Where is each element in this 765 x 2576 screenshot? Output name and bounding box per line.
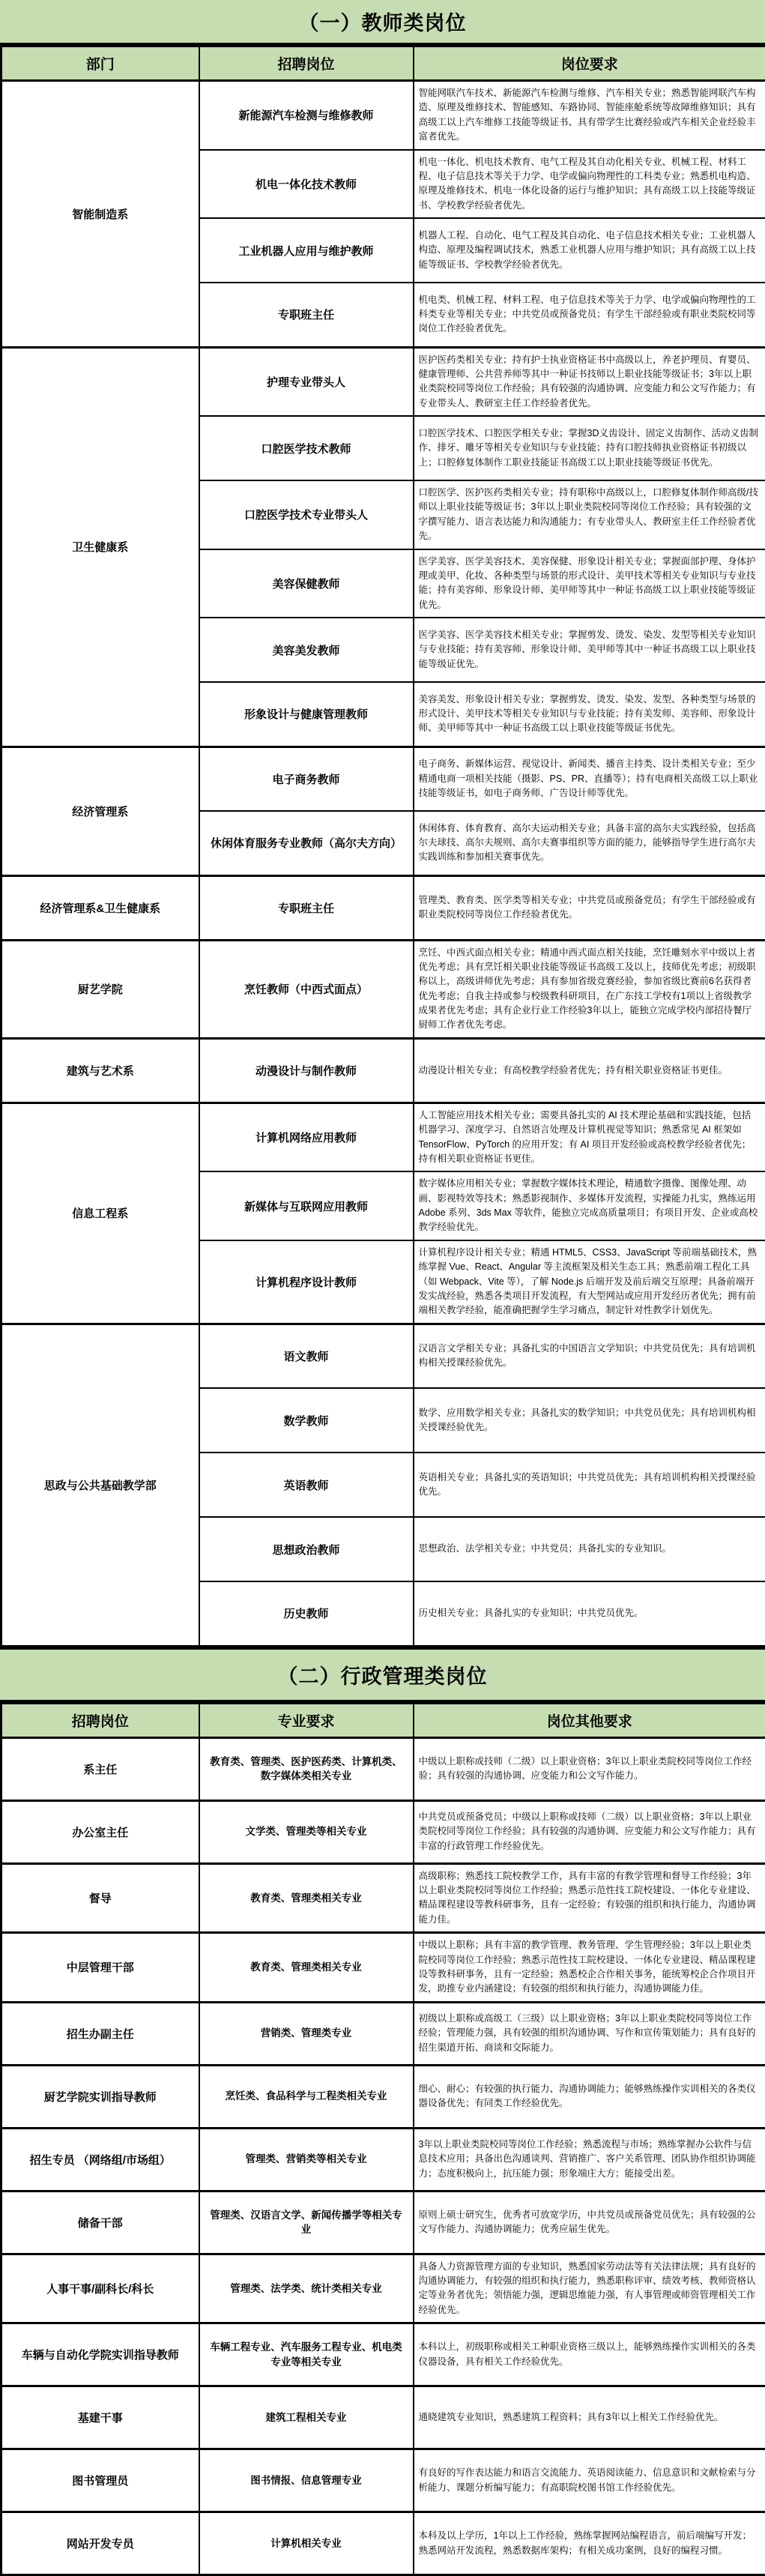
position-cell: 口腔医学技术教师 [199, 416, 414, 480]
requirement-cell: 美容美发、形象设计相关专业；掌握剪发、烫发、染发、发型、各种类型与场景的形式设计… [414, 682, 765, 746]
major-requirement-cell: 建筑工程相关专业 [199, 2386, 414, 2449]
major-requirement-cell: 教育类、管理类相关专业 [199, 1933, 414, 2003]
requirement-cell: 电子商务、新媒体运营、视觉设计、新闻类、播音主持类、设计类相关专业；至少精通电商… [414, 746, 765, 811]
requirement-cell: 数字媒体应用相关专业；掌握数字媒体技术理论，精通数字摄像、图像处理、动画、影视特… [414, 1171, 765, 1240]
requirement-cell: 思想政治、法学相关专业；中共党员；具备扎实的专业知识。 [414, 1517, 765, 1581]
department-cell: 思政与公共基础教学部 [1, 1324, 199, 1646]
table-row: 督导教育类、管理类相关专业高级职称；熟悉技工院校教学工作，具有丰富的有教学管理和… [1, 1863, 765, 1933]
major-requirement-cell: 车辆工程专业、汽车服务工程专业、机电类专业等相关专业 [199, 2323, 414, 2386]
table-row: 招生专员 （网络组/市场组）管理类、营销类等相关专业3年以上职业类院校同等岗位工… [1, 2128, 765, 2191]
position-cell: 计算机程序设计教师 [199, 1240, 414, 1324]
position-cell: 美容美发教师 [199, 618, 414, 682]
table-row: 厨艺学院实训指导教师烹饪类、食品科学与工程类相关专业细心、耐心；有较强的执行能力… [1, 2065, 765, 2128]
table-row: 基建干事建筑工程相关专业通晓建筑专业知识，熟悉建筑工程资料；具有3年以上相关工作… [1, 2386, 765, 2449]
department-cell: 智能制造系 [1, 81, 199, 348]
position-cell: 招生办副主任 [1, 2002, 199, 2065]
other-requirement-cell: 高级职称；熟悉技工院校教学工作，具有丰富的有教学管理和督导工作经验；3年以上职业… [414, 1863, 765, 1933]
position-cell: 机电一体化技术教师 [199, 150, 414, 219]
major-requirement-cell: 教育类、管理类相关专业 [199, 1863, 414, 1933]
department-cell: 经济管理系&卫生健康系 [1, 875, 199, 940]
requirement-cell: 数学、应用数学相关专业；具备扎实的数学知识；中共党员优先；具有培训机构相关授课经… [414, 1388, 765, 1453]
requirement-cell: 口腔医学技术、口腔医学相关专业；掌握3D义齿设计、固定义齿制作、活动义齿制作、排… [414, 416, 765, 480]
requirement-cell: 机电一体化、机电技术教育、电气工程及其自动化相关专业、机械工程、材料工程、电子信… [414, 150, 765, 219]
position-cell: 厨艺学院实训指导教师 [1, 2065, 199, 2128]
requirement-cell: 烹饪、中西式面点相关专业；精通中西式面点相关技能，烹饪雕刻水平中级以上者优先考虑… [414, 940, 765, 1038]
requirement-cell: 口腔医学、医护医药类相关专业；持有职称中高级以上，口腔修复体制作师高级/技师以上… [414, 480, 765, 549]
teacher-positions-table: 部门招聘岗位岗位要求智能制造系新能源汽车检测与维修教师智能网联汽车技术、新能源汽… [0, 45, 765, 1647]
requirement-cell: 医学美容、医学美容技术、美容保健、形象设计相关专业；掌握面部护理、身体护理或美甲… [414, 549, 765, 618]
table-row: 车辆与自动化学院实训指导教师车辆工程专业、汽车服务工程专业、机电类专业等相关专业… [1, 2323, 765, 2386]
position-cell: 烹饪教师（中西式面点） [199, 940, 414, 1038]
admin-positions-table: 招聘岗位专业要求岗位其他要求系主任教育类、管理类、医护医药类、计算机类、数字媒体… [0, 1702, 765, 2576]
position-cell: 中层管理干部 [1, 1933, 199, 2003]
requirement-cell: 休闲体育、体育教育、高尔夫运动相关专业；具备丰富的高尔夫实践经验，包括高尔夫球技… [414, 811, 765, 875]
column-header: 岗位要求 [414, 46, 765, 81]
position-cell: 专职班主任 [199, 283, 414, 347]
table-row: 人事干事/副科长/科长管理类、法学类、统计类相关专业具备人力资源管理方面的专业知… [1, 2254, 765, 2323]
major-requirement-cell: 管理类、汉语言文学、新闻传播学等相关专业 [199, 2191, 414, 2254]
position-cell: 计算机网络应用教师 [199, 1103, 414, 1171]
requirement-cell: 机器人工程、自动化、电气工程及其自动化、电子信息技术相关专业；工业机器人构造、原… [414, 218, 765, 283]
position-cell: 工业机器人应用与维护教师 [199, 218, 414, 283]
position-cell: 网站开发专员 [1, 2512, 199, 2575]
table-row: 经济管理系电子商务教师电子商务、新媒体运营、视觉设计、新闻类、播音主持类、设计类… [1, 746, 765, 811]
position-cell: 历史教师 [199, 1581, 414, 1646]
table-row: 智能制造系新能源汽车检测与维修教师智能网联汽车技术、新能源汽车检测与维修、汽车相… [1, 81, 765, 150]
major-requirement-cell: 教育类、管理类、医护医药类、计算机类、数字媒体类相关专业 [199, 1737, 414, 1800]
position-cell: 动漫设计与制作教师 [199, 1038, 414, 1103]
position-cell: 图书管理员 [1, 2449, 199, 2512]
position-cell: 招生专员 （网络组/市场组） [1, 2128, 199, 2191]
table-row: 图书管理员图书情报、信息管理专业有良好的写作表达能力和语言交流能力、英语阅读能力… [1, 2449, 765, 2512]
requirement-cell: 机电类、机械工程、材料工程、电子信息技术等关于力学、电学或偏向物理性的工科类专业… [414, 283, 765, 347]
column-header: 岗位其他要求 [414, 1703, 765, 1737]
position-cell: 专职班主任 [199, 875, 414, 940]
requirement-cell: 动漫设计相关专业；有高校教学经验者优先；持有相关职业资格证书更佳。 [414, 1038, 765, 1103]
table-row: 思政与公共基础教学部语文教师汉语言文学相关专业；具备扎实的中国语言文学知识；中共… [1, 1324, 765, 1388]
header-row: 部门招聘岗位岗位要求 [1, 46, 765, 81]
column-header: 部门 [1, 46, 199, 81]
column-header: 招聘岗位 [1, 1703, 199, 1737]
position-cell: 数学教师 [199, 1388, 414, 1453]
table-row: 建筑与艺术系动漫设计与制作教师动漫设计相关专业；有高校教学经验者优先；持有相关职… [1, 1038, 765, 1103]
position-cell: 形象设计与健康管理教师 [199, 682, 414, 746]
table-row: 系主任教育类、管理类、医护医药类、计算机类、数字媒体类相关专业中级以上职称或技师… [1, 1737, 765, 1800]
major-requirement-cell: 图书情报、信息管理专业 [199, 2449, 414, 2512]
position-cell: 基建干事 [1, 2386, 199, 2449]
position-cell: 新能源汽车检测与维修教师 [199, 81, 414, 150]
other-requirement-cell: 原则上硕士研究生，优秀者可放宽学历，中共党员或预备党员优先；具有较强的公文写作能… [414, 2191, 765, 2254]
position-cell: 电子商务教师 [199, 746, 414, 811]
position-cell: 车辆与自动化学院实训指导教师 [1, 2323, 199, 2386]
requirement-cell: 管理类、教育类、医学类等相关专业；中共党员或预备党员；有学生干部经验或有职业类院… [414, 875, 765, 940]
position-cell: 人事干事/副科长/科长 [1, 2254, 199, 2323]
table-row: 储备干部管理类、汉语言文学、新闻传播学等相关专业原则上硕士研究生，优秀者可放宽学… [1, 2191, 765, 2254]
department-cell: 厨艺学院 [1, 940, 199, 1038]
other-requirement-cell: 通晓建筑专业知识，熟悉建筑工程资料；具有3年以上相关工作经验优先。 [414, 2386, 765, 2449]
position-cell: 新媒体与互联网应用教师 [199, 1171, 414, 1240]
position-cell: 语文教师 [199, 1324, 414, 1388]
department-cell: 经济管理系 [1, 746, 199, 875]
other-requirement-cell: 本科以上，初级职称或相关工种职业资格三级以上，能够熟练操作实训相关的各类仪器设备… [414, 2323, 765, 2386]
major-requirement-cell: 烹饪类、食品科学与工程类相关专业 [199, 2065, 414, 2128]
other-requirement-cell: 3年以上职业类院校同等岗位工作经验；熟悉流程与市场；熟练掌握办公软件与信息技术应… [414, 2128, 765, 2191]
table-row: 信息工程系计算机网络应用教师人工智能应用技术相关专业；需要具备扎实的 AI 技术… [1, 1103, 765, 1171]
other-requirement-cell: 有良好的写作表达能力和语言交流能力、英语阅读能力、信息意识和文献检索与分析能力、… [414, 2449, 765, 2512]
position-cell: 护理专业带头人 [199, 347, 414, 416]
table-row: 卫生健康系护理专业带头人医护医药类相关专业；持有护士执业资格证书中高级以上，养老… [1, 347, 765, 416]
table-row: 办公室主任文学类、管理类等相关专业中共党员或预备党员；中级以上职称或技师（二级）… [1, 1800, 765, 1863]
section-title-teacher-positions: （一）教师类岗位 [0, 0, 765, 45]
table-row: 中层管理干部教育类、管理类相关专业中级以上职称；具有丰富的教学管理、教务管理、学… [1, 1933, 765, 2003]
table-row: 经济管理系&卫生健康系专职班主任管理类、教育类、医学类等相关专业；中共党员或预备… [1, 875, 765, 940]
department-cell: 信息工程系 [1, 1103, 199, 1324]
section-title-admin-positions: （二）行政管理类岗位 [0, 1647, 765, 1702]
other-requirement-cell: 中共党员或预备党员；中级以上职称或技师（二级）以上职业资格；3年以上职业类院校同… [414, 1800, 765, 1863]
major-requirement-cell: 管理类、营销类等相关专业 [199, 2128, 414, 2191]
major-requirement-cell: 文学类、管理类等相关专业 [199, 1800, 414, 1863]
other-requirement-cell: 本科及以上学历，1年以上工作经验，熟练掌握网站编程语言，前后端编写开发；熟悉网站… [414, 2512, 765, 2575]
position-cell: 系主任 [1, 1737, 199, 1800]
other-requirement-cell: 中级以上职称或技师（二级）以上职业资格；3年以上职业类院校同等岗位工作经验；具有… [414, 1737, 765, 1800]
department-cell: 卫生健康系 [1, 347, 199, 746]
position-cell: 休闲体育服务专业教师（高尔夫方向） [199, 811, 414, 875]
position-cell: 督导 [1, 1863, 199, 1933]
position-cell: 储备干部 [1, 2191, 199, 2254]
requirement-cell: 人工智能应用技术相关专业；需要具备扎实的 AI 技术理论基础和实践技能，包括机器… [414, 1103, 765, 1171]
requirement-cell: 智能网联汽车技术、新能源汽车检测与维修、汽车相关专业；熟悉智能网联汽车构造、原理… [414, 81, 765, 150]
table-row: 招生办副主任营销类、管理类专业初级以上职称或高级工（三级）以上职业资格；3年以上… [1, 2002, 765, 2065]
other-requirement-cell: 细心、耐心；有较强的执行能力、沟通协调能力；能够熟练操作实训相关的各类仪器设备优… [414, 2065, 765, 2128]
table-row: 厨艺学院烹饪教师（中西式面点）烹饪、中西式面点相关专业；精通中西式面点相关技能，… [1, 940, 765, 1038]
requirement-cell: 汉语言文学相关专业；具备扎实的中国语言文学知识；中共党员优先；具有培训机构相关授… [414, 1324, 765, 1388]
table-row: 网站开发专员计算机相关专业本科及以上学历，1年以上工作经验，熟练掌握网站编程语言… [1, 2512, 765, 2575]
requirement-cell: 英语相关专业；具备扎实的英语知识；中共党员优先；具有培训机构相关授课经验优先。 [414, 1453, 765, 1517]
other-requirement-cell: 初级以上职称或高级工（三级）以上职业资格；3年以上职业类院校同等岗位工作经验；管… [414, 2002, 765, 2065]
column-header: 招聘岗位 [199, 46, 414, 81]
other-requirement-cell: 中级以上职称；具有丰富的教学管理、教务管理、学生管理经验；3年以上职业类院校同等… [414, 1933, 765, 2003]
department-cell: 建筑与艺术系 [1, 1038, 199, 1103]
requirement-cell: 医学美容、医学美容技术相关专业；掌握剪发、烫发、染发、发型等相关专业知识与专业技… [414, 618, 765, 682]
requirement-cell: 计算机程序设计相关专业；精通 HTML5、CSS3、JavaScript 等前端… [414, 1240, 765, 1324]
position-cell: 美容保健教师 [199, 549, 414, 618]
position-cell: 办公室主任 [1, 1800, 199, 1863]
position-cell: 思想政治教师 [199, 1517, 414, 1581]
recruitment-table-page: （一）教师类岗位 部门招聘岗位岗位要求智能制造系新能源汽车检测与维修教师智能网联… [0, 0, 765, 2576]
position-cell: 口腔医学技术专业带头人 [199, 480, 414, 549]
header-row: 招聘岗位专业要求岗位其他要求 [1, 1703, 765, 1737]
major-requirement-cell: 管理类、法学类、统计类相关专业 [199, 2254, 414, 2323]
position-cell: 英语教师 [199, 1453, 414, 1517]
major-requirement-cell: 营销类、管理类专业 [199, 2002, 414, 2065]
other-requirement-cell: 具备人力资源管理方面的专业知识，熟悉国家劳动法等有关法律法规；具有良好的沟通协调… [414, 2254, 765, 2323]
requirement-cell: 历史相关专业；具备扎实的专业知识；中共党员优先。 [414, 1581, 765, 1646]
column-header: 专业要求 [199, 1703, 414, 1737]
requirement-cell: 医护医药类相关专业；持有护士执业资格证书中高级以上，养老护理员、育婴员、健康管理… [414, 347, 765, 416]
major-requirement-cell: 计算机相关专业 [199, 2512, 414, 2575]
